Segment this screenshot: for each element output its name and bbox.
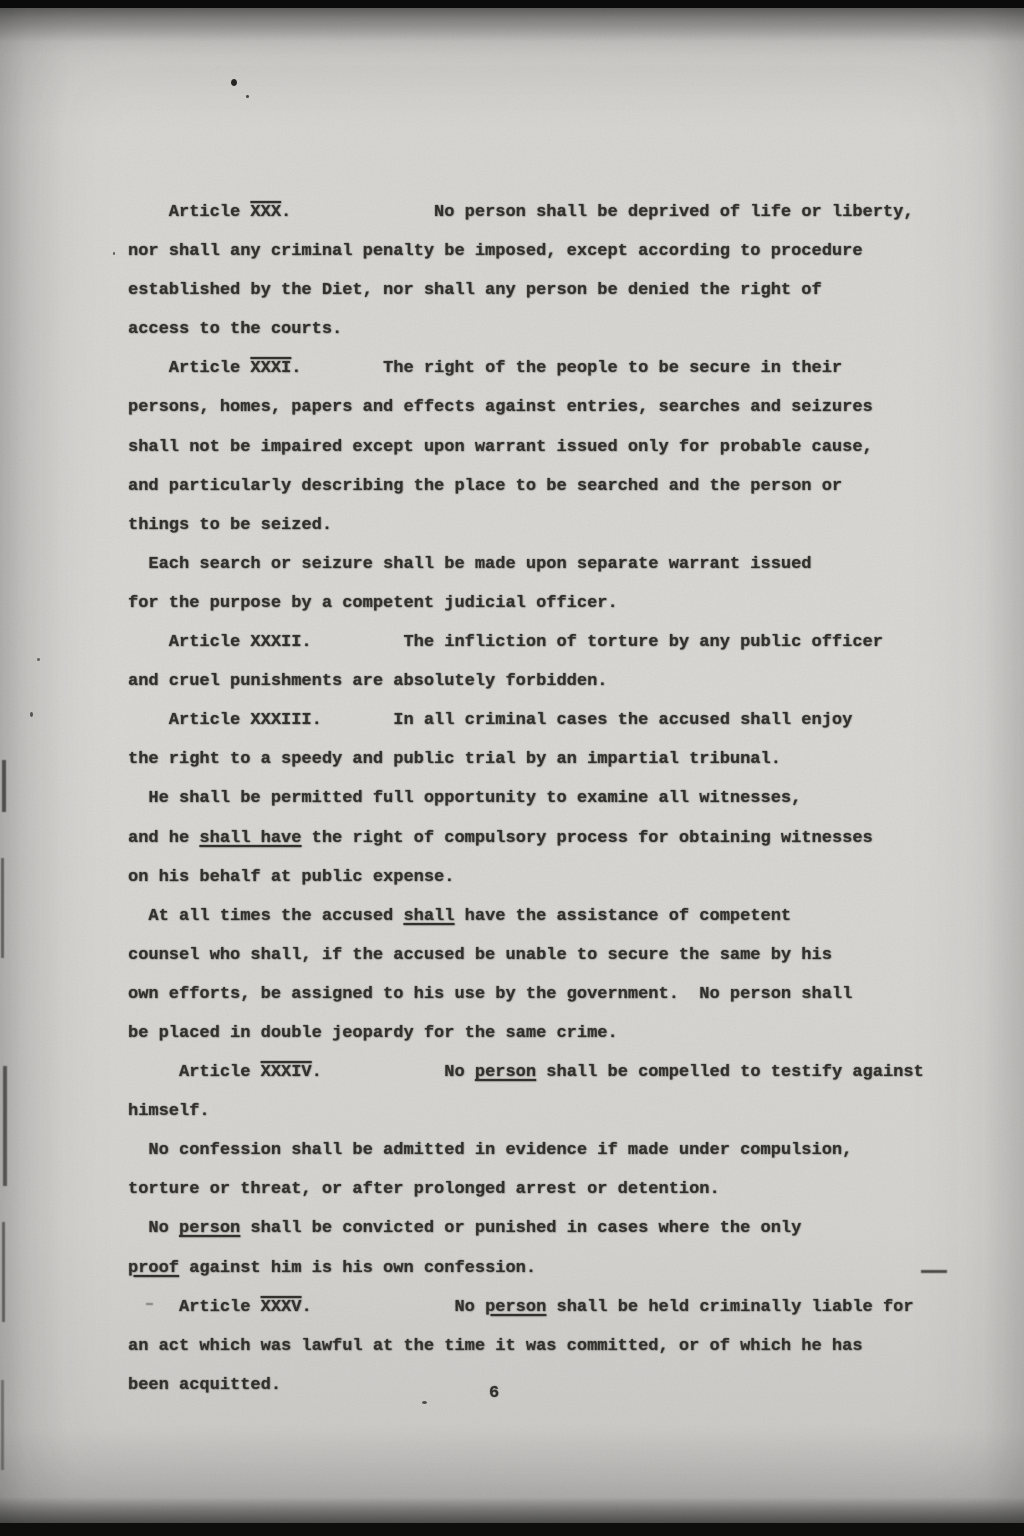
text-segment: things to be seized.: [128, 516, 332, 535]
text-segment: . No: [301, 1298, 485, 1317]
text-segment: access to the courts.: [128, 320, 342, 339]
text-line: torture or threat, or after prolonged ar…: [128, 1170, 1024, 1209]
text-segment: and he: [128, 829, 199, 848]
text-line: been acquitted.: [128, 1366, 1024, 1405]
ink-speck: [113, 252, 115, 255]
text-segment-overline: XXXIV: [261, 1063, 312, 1082]
paragraph-counsel-clause: At all times the accused shall have the …: [128, 897, 1024, 1053]
ink-speck: [246, 95, 249, 98]
scan-edge-bottom: [0, 1523, 1024, 1536]
text-line: an act which was lawful at the time it w…: [128, 1327, 1024, 1366]
text-line: shall not be impaired except upon warran…: [128, 428, 1024, 467]
text-block: Article XXX. No person shall be deprived…: [128, 193, 1024, 1405]
paragraph-article-xxxi: Article XXXI. The right of the people to…: [128, 349, 1024, 544]
text-segment-underline: shall: [403, 907, 454, 926]
paragraph-confession-clause: No confession shall be admitted in evide…: [128, 1131, 1024, 1209]
text-line: counsel who shall, if the accused be una…: [128, 936, 1024, 975]
text-line: for the purpose by a competent judicial …: [128, 584, 1024, 623]
scan-edge-bottom-shadow: [0, 1497, 1024, 1523]
text-segment: . No person shall be deprived of life or…: [281, 203, 914, 222]
text-segment: nor shall any criminal penalty be impose…: [128, 242, 863, 261]
text-line: things to be seized.: [128, 506, 1024, 545]
text-line: Article XXX. No person shall be deprived…: [128, 193, 1024, 232]
text-line: himself.: [128, 1092, 1024, 1131]
text-line: established by the Diet, nor shall any p…: [128, 271, 1024, 310]
text-segment: At all times the accused: [128, 907, 403, 926]
binding-mark: [3, 1066, 7, 1186]
text-segment: Each search or seizure shall be made upo…: [128, 555, 812, 574]
text-segment: established by the Diet, nor shall any p…: [128, 281, 822, 300]
text-segment: No: [128, 1219, 179, 1238]
text-segment: on his behalf at public expense.: [128, 868, 454, 887]
text-segment-underline: shall have: [199, 829, 301, 848]
text-segment: the right of compulsory process for obta…: [301, 829, 872, 848]
text-segment: for the purpose by a competent judicial …: [128, 594, 618, 613]
text-segment-overline: XXXI: [250, 359, 291, 378]
text-line: No confession shall be admitted in evide…: [128, 1131, 1024, 1170]
paragraph-search-warrant-clause: Each search or seizure shall be made upo…: [128, 545, 1024, 623]
text-line: No person shall be convicted or punished…: [128, 1209, 1024, 1248]
text-line: the right to a speedy and public trial b…: [128, 740, 1024, 779]
text-segment: own efforts, be assigned to his use by t…: [128, 985, 852, 1004]
text-line: be placed in double jeopardy for the sam…: [128, 1014, 1024, 1053]
binding-mark: [2, 760, 6, 812]
text-segment: torture or threat, or after prolonged ar…: [128, 1180, 720, 1199]
text-line: Article XXXII. The infliction of torture…: [128, 623, 1024, 662]
binding-mark: [1, 1380, 4, 1470]
text-segment: shall be convicted or punished in cases …: [240, 1219, 801, 1238]
text-segment: shall not be impaired except upon warran…: [128, 438, 873, 457]
text-line: Article XXXI. The right of the people to…: [128, 349, 1024, 388]
text-segment: Article: [128, 1298, 261, 1317]
text-segment: persons, homes, papers and effects again…: [128, 398, 873, 417]
text-line: on his behalf at public expense.: [128, 858, 1024, 897]
text-line: own efforts, be assigned to his use by t…: [128, 975, 1024, 1014]
text-segment: shall be compelled to testify against: [536, 1063, 924, 1082]
ink-speck: [231, 79, 237, 86]
text-segment: been acquitted.: [128, 1376, 281, 1395]
text-segment: . The right of the people to be secure i…: [291, 359, 842, 378]
scan-edge-top: [0, 0, 1024, 8]
scan-edge-top-shadow: [0, 8, 1024, 42]
text-segment-underline: proof: [128, 1259, 179, 1278]
text-segment: Article XXXIII. In all criminal cases th…: [128, 711, 852, 730]
paragraph-article-xxxv: Article XXXV. No person shall be held cr…: [128, 1288, 1024, 1405]
text-segment: Article XXXII. The infliction of torture…: [128, 633, 883, 652]
text-segment: the right to a speedy and public trial b…: [128, 750, 781, 769]
text-segment: Article: [128, 203, 250, 222]
text-line: He shall be permitted full opportunity t…: [128, 779, 1024, 818]
paragraph-witnesses-clause: He shall be permitted full opportunity t…: [128, 779, 1024, 896]
ink-speck: [30, 712, 33, 717]
text-line: Article XXXV. No person shall be held cr…: [128, 1288, 1024, 1327]
text-line: Article XXXIII. In all criminal cases th…: [128, 701, 1024, 740]
text-line: and he shall have the right of compulsor…: [128, 819, 1024, 858]
text-line: Each search or seizure shall be made upo…: [128, 545, 1024, 584]
text-segment: . No: [312, 1063, 475, 1082]
binding-mark: [1, 858, 4, 958]
text-line: and particularly describing the place to…: [128, 467, 1024, 506]
text-line: Article XXXIV. No person shall be compel…: [128, 1053, 1024, 1092]
text-segment: himself.: [128, 1102, 210, 1121]
paragraph-article-xxxiv: Article XXXIV. No person shall be compel…: [128, 1053, 1024, 1131]
page-number: 6: [489, 1384, 499, 1403]
text-segment: shall be held criminally liable for: [546, 1298, 913, 1317]
text-line: access to the courts.: [128, 310, 1024, 349]
paragraph-article-xxx: Article XXX. No person shall be deprived…: [128, 193, 1024, 349]
text-line: persons, homes, papers and effects again…: [128, 388, 1024, 427]
text-segment: No confession shall be admitted in evide…: [128, 1141, 852, 1160]
text-segment: be placed in double jeopardy for the sam…: [128, 1024, 618, 1043]
text-line: nor shall any criminal penalty be impose…: [128, 232, 1024, 271]
text-line: At all times the accused shall have the …: [128, 897, 1024, 936]
paragraph-conviction-clause: No person shall be convicted or punished…: [128, 1209, 1024, 1287]
text-segment: Article: [128, 359, 250, 378]
text-segment-underline: person: [179, 1219, 240, 1238]
text-segment: He shall be permitted full opportunity t…: [128, 789, 801, 808]
text-segment: against him is his own confession.: [179, 1259, 536, 1278]
text-segment: Article: [128, 1063, 261, 1082]
text-segment-underline: person: [475, 1063, 536, 1082]
text-line: proof against him is his own confession.: [128, 1249, 1024, 1288]
ink-speck: [37, 658, 40, 661]
text-segment-overline: XXXV: [261, 1298, 302, 1317]
text-segment-overline: XXX: [250, 203, 281, 222]
paragraph-article-xxxiii: Article XXXIII. In all criminal cases th…: [128, 701, 1024, 779]
text-segment: counsel who shall, if the accused be una…: [128, 946, 832, 965]
text-segment: and cruel punishments are absolutely for…: [128, 672, 607, 691]
scanned-page: Article XXX. No person shall be deprived…: [0, 0, 1024, 1536]
text-segment: and particularly describing the place to…: [128, 477, 842, 496]
text-segment: an act which was lawful at the time it w…: [128, 1337, 863, 1356]
paragraph-article-xxxii: Article XXXII. The infliction of torture…: [128, 623, 1024, 701]
text-segment: have the assistance of competent: [454, 907, 791, 926]
text-line: and cruel punishments are absolutely for…: [128, 662, 1024, 701]
binding-mark: [2, 1222, 5, 1322]
text-segment-underline: person: [485, 1298, 546, 1317]
